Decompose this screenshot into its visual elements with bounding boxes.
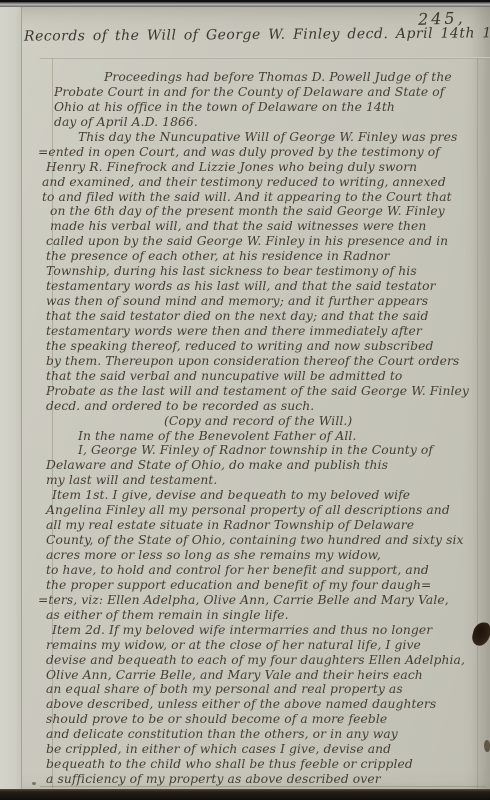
- document-line: Proceedings had before Thomas D. Powell …: [104, 70, 478, 85]
- document-line: the speaking thereof, reduced to writing…: [46, 339, 478, 354]
- document-line: by them. Thereupon upon consideration th…: [46, 354, 478, 369]
- document-line: called upon by the said George W. Finley…: [46, 234, 478, 249]
- document-line: (Copy and record of the Will.): [164, 414, 478, 429]
- document-line: This day the Nuncupative Will of George …: [78, 130, 478, 145]
- document-line: I, George W. Finley of Radnor township i…: [78, 443, 478, 458]
- document-line: should prove to be or should become of a…: [46, 712, 478, 727]
- document-line: be crippled, in either of which cases I …: [46, 742, 478, 757]
- scan-bottom-edge: [0, 789, 490, 800]
- scanned-will-record-page: 245, Records of the Will of George W. Fi…: [0, 0, 490, 800]
- document-line: an equal share of both my personal and r…: [46, 682, 478, 697]
- document-line: Henry R. Finefrock and Lizzie Jones who …: [46, 160, 478, 175]
- document-line: acres more or less so long as she remain…: [46, 548, 478, 563]
- document-line: a sufficiency of my property as above de…: [46, 772, 478, 787]
- document-line: the presence of each other, at his resid…: [46, 249, 478, 264]
- document-line: County, of the State of Ohio, containing…: [46, 533, 478, 548]
- document-line: to and filed with the said will. And it …: [42, 190, 478, 205]
- scan-top-edge: [0, 0, 490, 7]
- document-line: In the name of the Benevolent Father of …: [78, 429, 478, 444]
- document-line: Angelina Finley all my personal property…: [46, 503, 478, 518]
- document-line: on the 6th day of the present month the …: [50, 204, 478, 219]
- document-line: day of April A.D. 1866.: [54, 115, 478, 130]
- document-line: =ented in open Court, and was duly prove…: [38, 145, 478, 160]
- document-line: Township, during his last sickness to be…: [46, 264, 478, 279]
- record-title: Records of the Will of George W. Finley …: [24, 25, 480, 44]
- document-line: Olive Ann, Carrie Belle, and Mary Vale a…: [46, 668, 478, 683]
- document-line: decd. and ordered to be recorded as such…: [46, 399, 478, 414]
- document-line: Probate as the last will and testament o…: [46, 384, 478, 399]
- document-line: Delaware and State of Ohio, do make and …: [46, 458, 478, 473]
- document-line: above described, unless either of the ab…: [46, 697, 478, 712]
- document-line: Item 2d. If my beloved wife intermarries…: [52, 623, 478, 638]
- document-line: the proper support education and benefit…: [46, 578, 478, 593]
- document-line: was then of sound mind and memory; and i…: [46, 294, 478, 309]
- ink-smudge: [484, 740, 490, 752]
- document-line: made his verbal will, and that the said …: [50, 219, 478, 234]
- document-line: testamentary words as his last will, and…: [46, 279, 478, 294]
- document-line: all my real estate situate in Radnor Tow…: [46, 518, 478, 533]
- document-line: as either of them remain in single life.: [46, 608, 478, 623]
- document-line: Ohio at his office in the town of Delawa…: [54, 100, 478, 115]
- ledger-left-margin: [0, 7, 22, 789]
- document-line: =ters, viz: Ellen Adelpha, Olive Ann, Ca…: [38, 593, 478, 608]
- document-line: Item 1st. I give, devise and bequeath to…: [52, 488, 478, 503]
- document-line: that the said testator died on the next …: [46, 309, 478, 324]
- paper-speck: [32, 782, 36, 785]
- document-line: my last will and testament.: [46, 473, 478, 488]
- document-line: that the said verbal and nuncupative wil…: [46, 369, 478, 384]
- document-lines: Proceedings had before Thomas D. Powell …: [46, 70, 478, 787]
- document-line: bequeath to the child who shall be thus …: [46, 757, 478, 772]
- document-line: Probate Court in and for the County of D…: [54, 85, 478, 100]
- document-line: and examined, and their testimony reduce…: [42, 175, 478, 190]
- document-line: and delicate constitution than the other…: [46, 727, 478, 742]
- document-line: remains my widow, or at the close of her…: [46, 638, 478, 653]
- document-line: devise and bequeath to each of my four d…: [46, 653, 478, 668]
- document-line: testamentary words were then and there i…: [46, 324, 478, 339]
- document-line: to have, to hold and control for her ben…: [46, 563, 478, 578]
- pasted-sheet-top-seam: [40, 57, 490, 59]
